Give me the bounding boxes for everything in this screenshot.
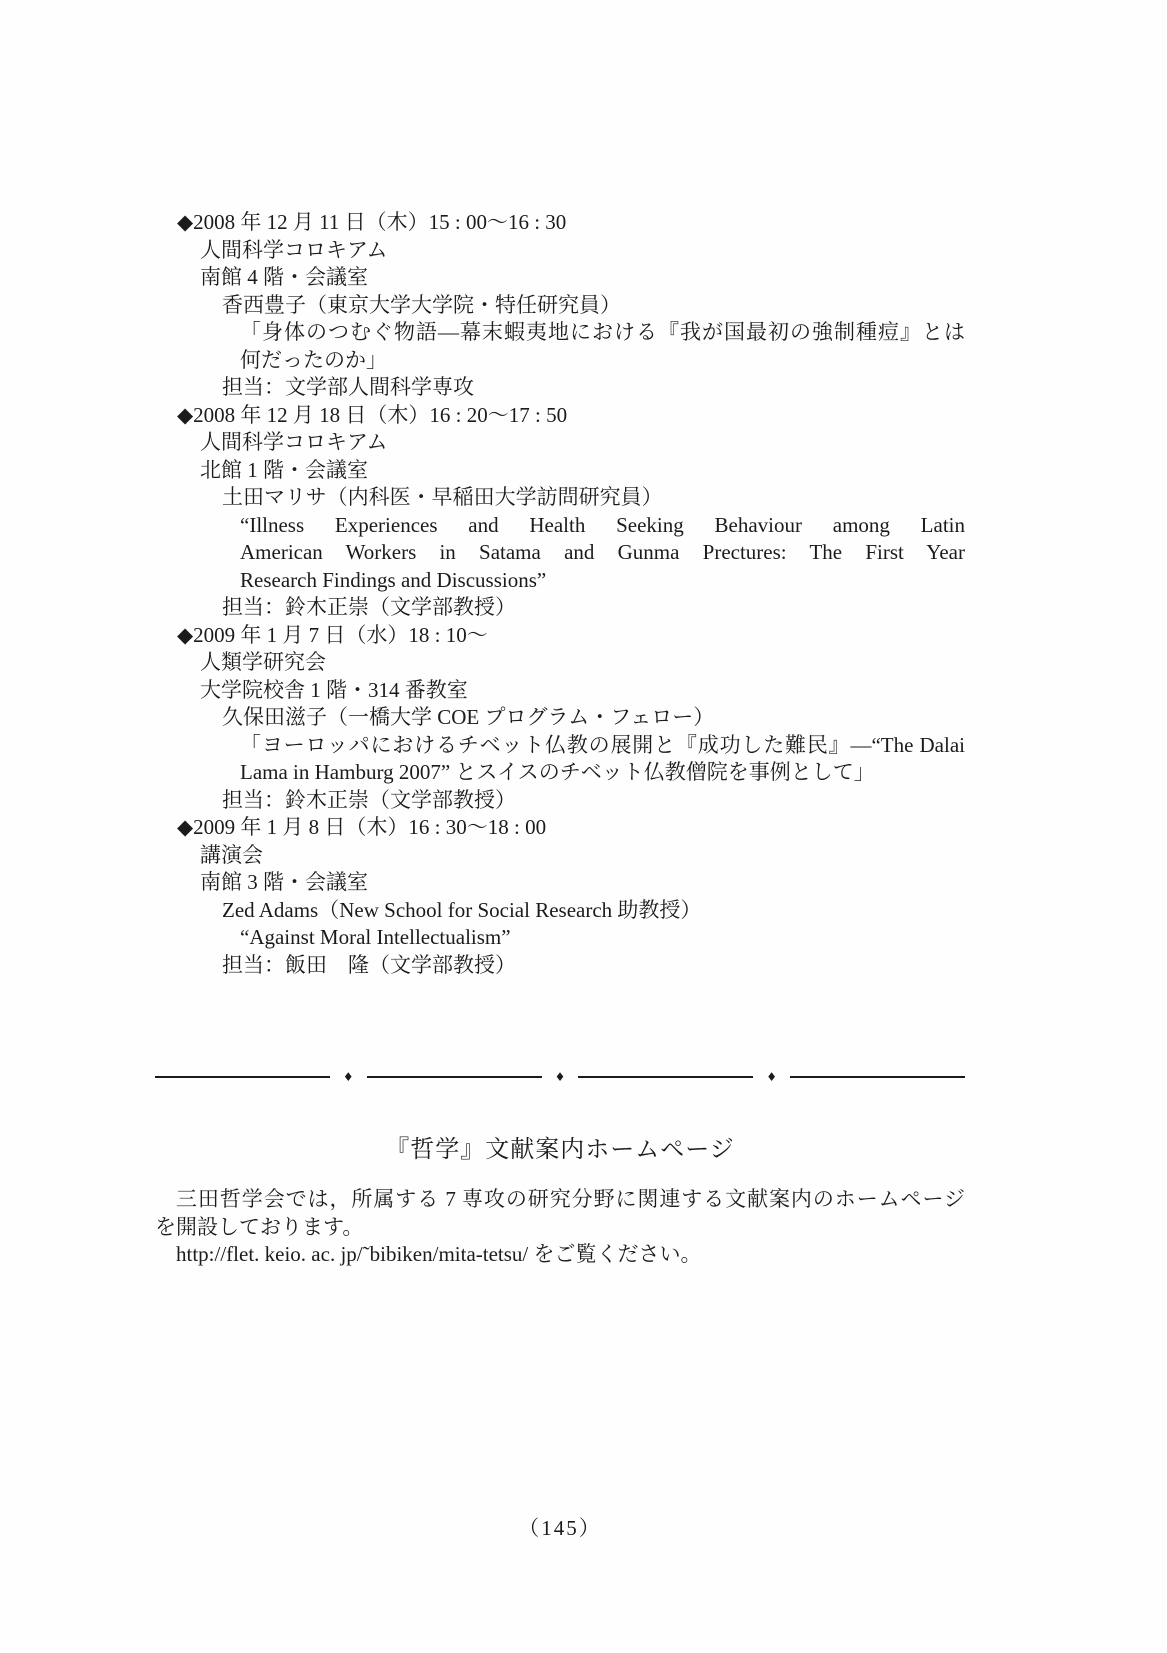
page-number: （145） (155, 1512, 965, 1542)
paragraph-line: 三田哲学会では，所属する 7 専攻の研究分野に関連する文献案内のホームページ (155, 1186, 965, 1214)
event-title-line: Lama in Hamburg 2007” とスイスのチベット仏教僧院を事例とし… (155, 759, 965, 787)
event-charge: 担当：鈴木正崇（文学部教授） (155, 787, 965, 815)
paragraph-line-url: http://flet. keio. ac. jp/˜bibiken/mita-… (155, 1241, 965, 1269)
event-venue: 南館 3 階・会議室 (155, 869, 965, 897)
event-title-line: American Workers in Satama and Gunma Pre… (155, 539, 965, 567)
section-heading: 『哲学』文献案内ホームページ (155, 1134, 965, 1166)
divider-line (578, 1076, 753, 1078)
event-venue: 大学院校舎 1 階・314 番教室 (155, 677, 965, 705)
document-page: ◆2008 年 12 月 11 日（木）15 : 00～16 : 30 人間科学… (0, 0, 1167, 1653)
event-series: 講演会 (155, 842, 965, 870)
section-divider: ♦ ♦ ♦ (155, 1072, 965, 1082)
event-charge: 担当：文学部人間科学専攻 (155, 374, 965, 402)
divider-line (790, 1076, 965, 1078)
event-block: ◆2008 年 12 月 11 日（木）15 : 00～16 : 30 人間科学… (155, 209, 965, 402)
event-date: ◆2008 年 12 月 18 日（木）16 : 20～17 : 50 (155, 402, 965, 430)
event-title-line: “Against Moral Intellectualism” (155, 924, 965, 952)
homepage-paragraph: 三田哲学会では，所属する 7 専攻の研究分野に関連する文献案内のホームページ を… (155, 1186, 965, 1269)
event-speaker: 久保田滋子（一橋大学 COE プログラム・フェロー） (155, 704, 965, 732)
divider-line (367, 1076, 542, 1078)
event-venue: 南館 4 階・会議室 (155, 264, 965, 292)
event-title-line: 「身体のつむぐ物語—幕末蝦夷地における『我が国最初の強制種痘』とは (155, 319, 965, 347)
event-series: 人間科学コロキアム (155, 429, 965, 457)
event-charge: 担当：鈴木正崇（文学部教授） (155, 594, 965, 622)
event-date: ◆2008 年 12 月 11 日（木）15 : 00～16 : 30 (155, 209, 965, 237)
event-date: ◆2009 年 1 月 8 日（木）16 : 30～18 : 00 (155, 814, 965, 842)
event-title-line: Research Findings and Discussions” (155, 567, 965, 595)
event-title-line: 「ヨーロッパにおけるチベット仏教の展開と『成功した難民』—“The Dalai (155, 732, 965, 760)
event-speaker: Zed Adams（New School for Social Research… (155, 897, 965, 925)
event-series: 人類学研究会 (155, 649, 965, 677)
event-title-line: “Illness Experiences and Health Seeking … (155, 512, 965, 540)
event-speaker: 香西豊子（東京大学大学院・特任研究員） (155, 292, 965, 320)
event-title-line: 何だったのか」 (155, 347, 965, 375)
event-charge: 担当：飯田 隆（文学部教授） (155, 952, 965, 980)
event-venue: 北館 1 階・会議室 (155, 457, 965, 485)
paragraph-line: を開設しております。 (155, 1214, 965, 1242)
diamond-icon: ♦ (343, 1072, 354, 1082)
diamond-icon: ♦ (766, 1072, 777, 1082)
event-block: ◆2009 年 1 月 7 日（水）18 : 10～ 人類学研究会 大学院校舎 … (155, 622, 965, 815)
event-speaker: 土田マリサ（内科医・早稲田大学訪問研究員） (155, 484, 965, 512)
event-block: ◆2008 年 12 月 18 日（木）16 : 20～17 : 50 人間科学… (155, 402, 965, 622)
event-block: ◆2009 年 1 月 8 日（木）16 : 30～18 : 00 講演会 南館… (155, 814, 965, 979)
diamond-icon: ♦ (555, 1072, 566, 1082)
event-date: ◆2009 年 1 月 7 日（水）18 : 10～ (155, 622, 965, 650)
divider-line (155, 1076, 330, 1078)
event-series: 人間科学コロキアム (155, 237, 965, 265)
event-list: ◆2008 年 12 月 11 日（木）15 : 00～16 : 30 人間科学… (155, 209, 965, 979)
